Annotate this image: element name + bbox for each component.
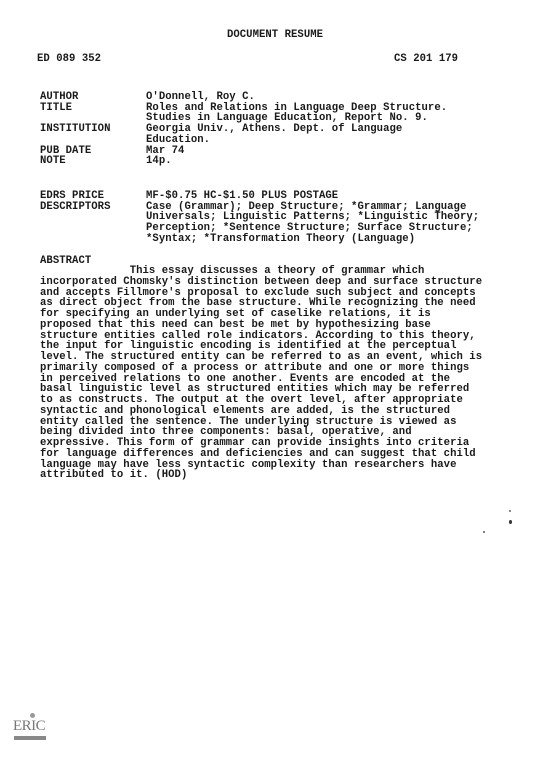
- field-descriptors: DESCRIPTORS Case (Grammar); Deep Structu…: [40, 202, 479, 245]
- scan-speck: [483, 531, 485, 533]
- field-label: DESCRIPTORS: [40, 202, 146, 245]
- field-value: Georgia Univ., Athens. Dept. of Language…: [146, 124, 402, 145]
- scan-speck: [509, 510, 511, 512]
- field-label: INSTITUTION: [40, 124, 146, 145]
- field-title: TITLE Roles and Relations in Language De…: [40, 103, 447, 124]
- field-value: Case (Grammar); Deep Structure; *Grammar…: [146, 202, 479, 245]
- ed-number: ED 089 352: [37, 53, 101, 65]
- eric-logo-bar: [14, 736, 46, 740]
- document-page: DOCUMENT RESUME ED 089 352 CS 201 179 AU…: [0, 0, 550, 777]
- eric-logo: ERIC: [13, 712, 49, 742]
- field-label: TITLE: [40, 103, 146, 124]
- metadata-fields: AUTHOR O'Donnell, Roy C. TITLE Roles and…: [40, 92, 447, 167]
- price-descriptor-fields: EDRS PRICE MF-$0.75 HC-$1.50 PLUS POSTAG…: [40, 191, 479, 245]
- field-label: NOTE: [40, 156, 146, 167]
- field-value: 14p.: [146, 156, 172, 167]
- field-note: NOTE 14p.: [40, 156, 447, 167]
- scan-speck: [509, 520, 512, 524]
- cs-number: CS 201 179: [394, 53, 458, 65]
- eric-logo-text: ERIC: [13, 718, 45, 735]
- document-heading: DOCUMENT RESUME: [0, 29, 550, 41]
- field-pub-date: PUB DATE Mar 74: [40, 146, 447, 157]
- abstract-text: This essay discusses a theory of grammar…: [40, 266, 482, 481]
- field-institution: INSTITUTION Georgia Univ., Athens. Dept.…: [40, 124, 447, 145]
- field-value: Roles and Relations in Language Deep Str…: [146, 103, 447, 124]
